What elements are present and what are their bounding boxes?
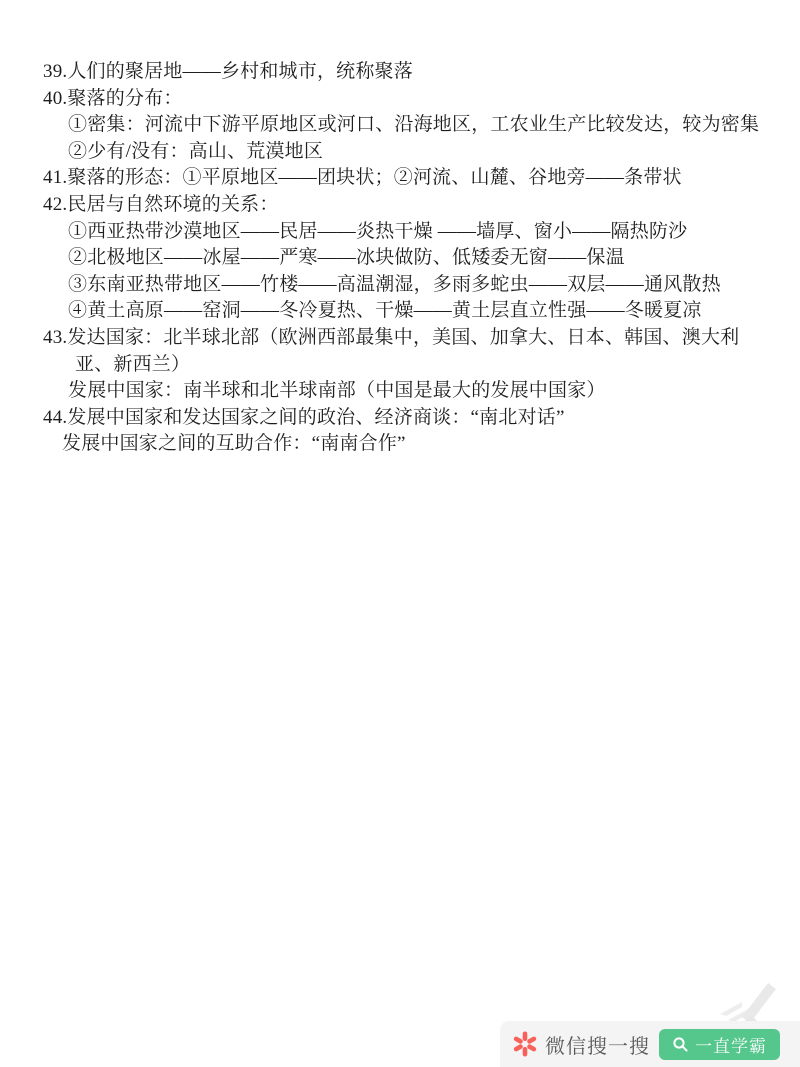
note-line: 41.聚落的形态：①平原地区——团块状；②河流、山麓、谷地旁——条带状 [43,165,773,192]
search-button-label: 一直学霸 [695,1032,767,1057]
note-line: 亚、新西兰） [43,352,773,379]
note-line: 39.人们的聚居地——乡村和城市，统称聚落 [43,59,773,86]
note-line: ①密集：河流中下游平原地区或河口、沿海地区，工农业生产比较发达，较为密集 [43,112,773,139]
note-line: ④黄土高原——窑洞——冬冷夏热、干燥——黄土层直立性强——冬暖夏凉 [43,298,773,325]
note-line: ③东南亚热带地区——竹楼——高温潮湿，多雨多蛇虫——双层——通风散热 [43,272,773,299]
search-account-button[interactable]: 一直学霸 [659,1029,780,1060]
page: 39.人们的聚居地——乡村和城市，统称聚落 40.聚落的分布： ①密集：河流中下… [0,0,800,1067]
note-line: 40.聚落的分布： [43,86,773,113]
note-line: 发展中国家之间的互助合作：“南南合作” [43,431,773,458]
wechat-search-logo-icon [512,1031,538,1057]
note-line: ①西亚热带沙漠地区——民居——炎热干燥 ——墙厚、窗小——隔热防沙 [43,219,773,246]
note-line: 42.民居与自然环境的关系： [43,192,773,219]
note-line: ②北极地区——冰屋——严寒——冰块做防、低矮委无窗——保温 [43,245,773,272]
notes-document: 39.人们的聚居地——乡村和城市，统称聚落 40.聚落的分布： ①密集：河流中下… [43,59,773,458]
search-icon [672,1036,689,1053]
note-line: ②少有/没有：高山、荒漠地区 [43,139,773,166]
wechat-search-label: 微信搜一搜 [545,1030,650,1059]
note-line: 44.发展中国家和发达国家之间的政治、经济商谈：“南北对话” [43,405,773,432]
note-line: 发展中国家：南半球和北半球南部（中国是最大的发展中国家） [43,378,773,405]
note-line: 43.发达国家：北半球北部（欧洲西部最集中，美国、加拿大、日本、韩国、澳大利 [43,325,773,352]
wechat-search-footer-bar: 微信搜一搜 一直学霸 [500,1021,800,1067]
